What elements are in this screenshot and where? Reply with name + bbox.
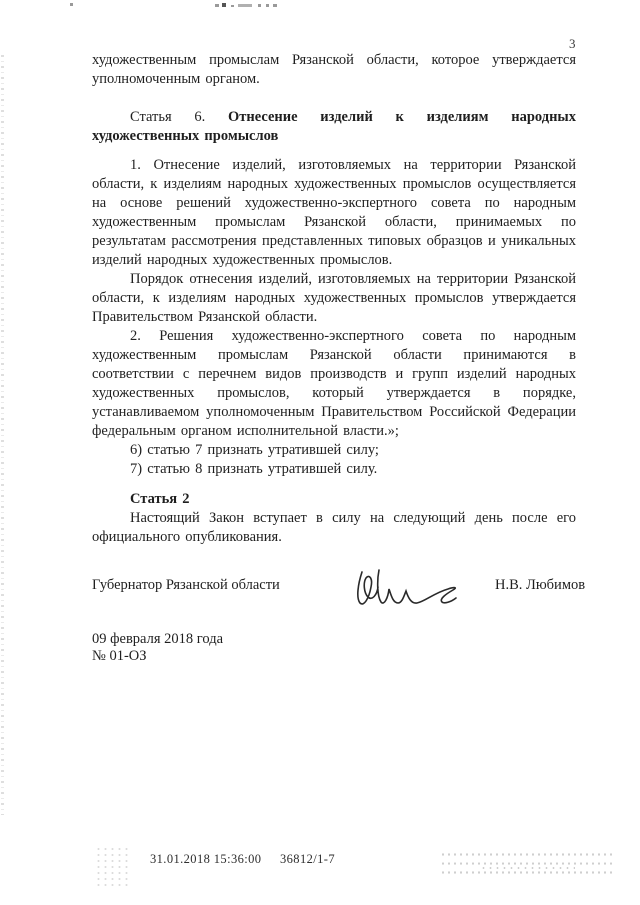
faint-stamp-left [95, 846, 129, 886]
scan-artifact-dot [70, 3, 73, 6]
article2-body: Настоящий Закон вступает в силу на следу… [92, 509, 576, 547]
document-body: художественным промыслам Рязанской облас… [92, 51, 576, 547]
signature-block: Губернатор Рязанской области Н.В. Любимо… [0, 560, 640, 620]
article6-heading: Статья 6. Отнесение изделий к изделиям н… [92, 108, 576, 146]
signatory-name: Н.В. Любимов [495, 577, 585, 594]
registration-footer: 31.01.2018 15:36:00 36812/1-7 [0, 844, 640, 894]
article6-label: Статья 6. [130, 109, 205, 125]
scan-artifact-dot [215, 4, 219, 7]
scan-artifact-dot [266, 4, 269, 7]
article2-heading: Статья 2 [92, 490, 576, 509]
document-number: № 01-ОЗ [92, 648, 223, 665]
scan-artifact-dot [222, 3, 226, 7]
signatory-position: Губернатор Рязанской области [92, 577, 280, 594]
scan-artifact-left-edge [1, 55, 4, 815]
handwritten-signature-icon [348, 562, 468, 618]
amendment-item-6: 6) статью 7 признать утратившей силу; [92, 441, 576, 460]
faint-stamp-right [440, 850, 612, 874]
paragraph-intro-continuation: художественным промыслам Рязанской облас… [92, 51, 576, 89]
article6-paragraph-2: Порядок отнесения изделий, изготовляемых… [92, 270, 576, 327]
article6-paragraph-1: 1. Отнесение изделий, изготовляемых на т… [92, 156, 576, 270]
document-date: 09 февраля 2018 года [92, 631, 223, 648]
date-number-block: 09 февраля 2018 года № 01-ОЗ [92, 631, 223, 665]
faint-stamp-right-line2 [480, 864, 575, 872]
scan-artifact-dot [258, 4, 261, 7]
amendment-item-7: 7) статью 8 признать утратившей силу. [92, 460, 576, 479]
article6-paragraph-3: 2. Решения художественно-экспертного сов… [92, 327, 576, 441]
document-page: 3 художественным промыслам Рязанской обл… [0, 0, 640, 905]
scan-artifact-dot [273, 4, 277, 7]
page-number: 3 [569, 36, 576, 52]
scan-artifact-dot [231, 5, 234, 7]
scan-artifact-dot [238, 4, 252, 7]
registration-datetime: 31.01.2018 15:36:00 [150, 852, 261, 867]
registration-number: 36812/1-7 [280, 852, 335, 867]
